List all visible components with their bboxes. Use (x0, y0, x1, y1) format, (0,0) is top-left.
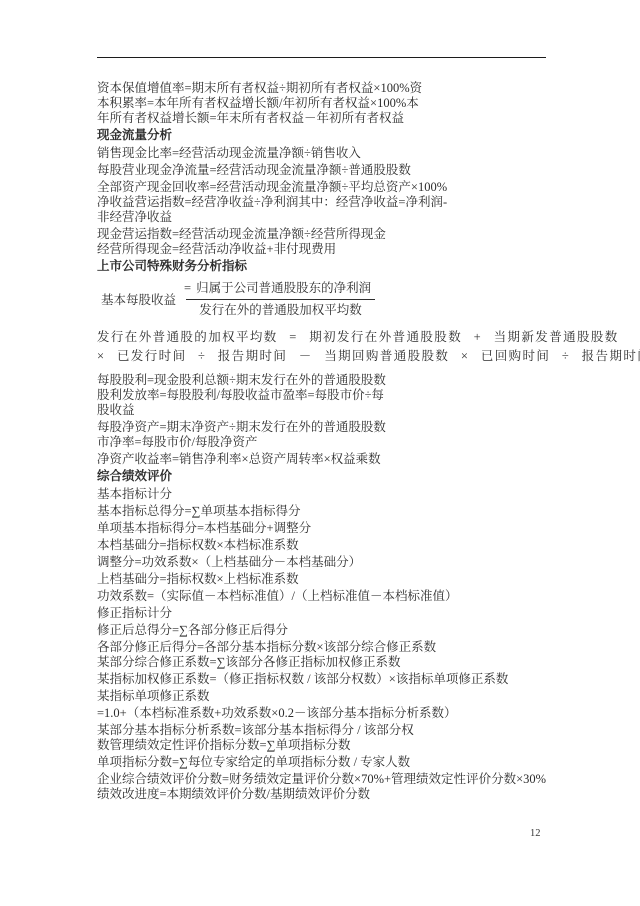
paragraph: 上档基础分=指标权数×上档标准系数 (97, 572, 549, 587)
formula-line: 每股股利=现金股利总额÷期末发行在外的普通股股数 (97, 373, 549, 388)
formula-line: 修正指标计分 (97, 606, 549, 621)
fraction-label: 基本每股收益 (101, 279, 176, 310)
paragraph: =1.0+（本档标准系数+功效系数×0.2－该部分基本指标分析系数） (97, 706, 549, 721)
formula-line: 功效系数=（实际值－本档标准值）/（上档标准值－本档标准值） (97, 589, 549, 604)
formula-line: 发行在外普通股的加权平均数 = 期初发行在外普通股股数 + 当期新发普通股股数 (97, 328, 549, 347)
formula-line: 基本指标计分 (97, 487, 549, 502)
formula-line: =1.0+（本档标准系数+功效系数×0.2－该部分基本指标分析系数） (97, 706, 549, 721)
formula-line: 某部分综合修正系数=∑该部分各修正指标加权修正系数 (97, 655, 549, 670)
formula-line: 某指标加权修正系数=（修正指标权数 / 该部分权数）×该指标单项修正系数 (97, 672, 549, 687)
paragraph: 基本指标总得分=∑单项基本指标得分 (97, 504, 549, 519)
formula-line: 单项指标分数=∑每位专家给定的单项指标分数 / 专家人数 (97, 755, 549, 770)
paragraph: 单项指标分数=∑每位专家给定的单项指标分数 / 专家人数 (97, 755, 549, 770)
formula-line: 数管理绩效定性评价指标分数=∑单项指标分数 (97, 738, 549, 753)
fraction-numerator-text: 归属于公司普通股股东的净利润 (196, 281, 371, 295)
paragraph: 功效系数=（实际值－本档标准值）/（上档标准值－本档标准值） (97, 589, 549, 604)
paragraph: 资本保值增值率=期末所有者权益÷期初所有者权益×100%资本积累率=本年所有者权… (97, 81, 549, 126)
fraction-denominator: 发行在外的普通股加权平均数 (186, 299, 375, 320)
paragraph: 净资产收益率=销售净利率×总资产周转率×权益乘数 (97, 452, 549, 467)
paragraph: 某指标单项修正系数 (97, 689, 549, 704)
formula-line: 年所有者权益增长额=年末所有者权益－年初所有者权益 (97, 111, 549, 126)
header-rule (97, 57, 546, 58)
paragraph: 单项基本指标得分=本档基础分+调整分 (97, 521, 549, 536)
paragraph: 本档基础分=指标权数×本档标准系数 (97, 538, 549, 553)
formula-line: 经营所得现金=经营活动净收益+非付现费用 (97, 242, 549, 257)
paragraph: 全部资产现金回收率=经营活动现金流量净额÷平均总资产×100%净收益营运指数=经… (97, 180, 549, 225)
formula-line: 全部资产现金回收率=经营活动现金流量净额÷平均总资产×100% (97, 180, 549, 195)
formula-line: 本积累率=本年所有者权益增长额/年初所有者权益×100%本 (97, 96, 549, 111)
formula-line: 净收益营运指数=经营净收益÷净利润其中：经营净收益=净利润- (97, 195, 549, 210)
paragraph: 修正指标计分 (97, 606, 549, 621)
formula-line: 非经营净收益 (97, 210, 549, 225)
formula-line: 修正后总得分=∑各部分修正后得分 (97, 623, 549, 638)
section-heading: 现金流量分析 (97, 128, 549, 143)
formula-line: 市净率=每股市价/每股净资产 (97, 435, 549, 450)
fraction-numerator: =归属于公司普通股股东的净利润 (184, 279, 375, 299)
paragraph: 调整分=功效系数×（上档基础分－本档基础分） (97, 555, 549, 570)
document-content: 资本保值增值率=期末所有者权益÷期初所有者权益×100%资本积累率=本年所有者权… (97, 81, 549, 804)
fraction: =归属于公司普通股股东的净利润发行在外的普通股加权平均数 (184, 279, 375, 320)
formula-line: 某指标单项修正系数 (97, 689, 549, 704)
paragraph: 基本指标计分 (97, 487, 549, 502)
formula-line: 基本指标总得分=∑单项基本指标得分 (97, 504, 549, 519)
paragraph: 每股营业现金净流量=经营活动现金流量净额÷普通股股数 (97, 163, 549, 178)
section-heading: 上市公司特殊财务分析指标 (97, 259, 549, 274)
formula-line: 销售现金比率=经营活动现金流量净额÷销售收入 (97, 146, 549, 161)
formula-line: 股收益 (97, 403, 549, 418)
formula-line: 上档基础分=指标权数×上档标准系数 (97, 572, 549, 587)
formula-line: × 已发行时间 ÷ 报告期时间 － 当期回购普通股股数 × 已回购时间 ÷ 报告… (97, 347, 549, 366)
formula-line: 现金营运指数=经营活动现金流量净额÷经营所得现金 (97, 227, 549, 242)
fraction-formula: 基本每股收益=归属于公司普通股股东的净利润发行在外的普通股加权平均数 (97, 279, 549, 320)
formula-line: 股利发放率=每股股利/每股收益市盈率=每股市价÷每 (97, 388, 549, 403)
formula-line: 单项基本指标得分=本档基础分+调整分 (97, 521, 549, 536)
formula-line: 本档基础分=指标权数×本档标准系数 (97, 538, 549, 553)
formula-line: 每股营业现金净流量=经营活动现金流量净额÷普通股股数 (97, 163, 549, 178)
paragraph: 某部分基本指标分析系数=该部分基本指标得分 / 该部分权数管理绩效定性评价指标分… (97, 723, 549, 753)
paragraph: 现金营运指数=经营活动现金流量净额÷经营所得现金经营所得现金=经营活动净收益+非… (97, 227, 549, 257)
page-number: 12 (530, 828, 541, 840)
formula-line: 某部分基本指标分析系数=该部分基本指标得分 / 该部分权 (97, 723, 549, 738)
formula-line: 每股净资产=期末净资产÷期末发行在外的普通股股数 (97, 420, 549, 435)
equals-sign: = (184, 281, 191, 295)
formula-line: 资本保值增值率=期末所有者权益÷期初所有者权益×100%资 (97, 81, 549, 96)
paragraph: 企业综合绩效评价分数=财务绩效定量评价分数×70%+管理绩效定性评价分数×30%… (97, 772, 549, 802)
paragraph: 销售现金比率=经营活动现金流量净额÷销售收入 (97, 146, 549, 161)
paragraph: 各部分修正后得分=各部分基本指标分数×该部分综合修正系数某部分综合修正系数=∑该… (97, 640, 549, 670)
paragraph: 每股股利=现金股利总额÷期末发行在外的普通股股数股利发放率=每股股利/每股收益市… (97, 373, 549, 418)
formula-line: 调整分=功效系数×（上档基础分－本档基础分） (97, 555, 549, 570)
paragraph: 修正后总得分=∑各部分修正后得分 (97, 623, 549, 638)
formula-line: 各部分修正后得分=各部分基本指标分数×该部分综合修正系数 (97, 640, 549, 655)
formula-line: 企业综合绩效评价分数=财务绩效定量评价分数×70%+管理绩效定性评价分数×30% (97, 772, 549, 787)
document-page: 资本保值增值率=期末所有者权益÷期初所有者权益×100%资本积累率=本年所有者权… (0, 0, 640, 906)
paragraph: 每股净资产=期末净资产÷期末发行在外的普通股股数市净率=每股市价/每股净资产 (97, 420, 549, 450)
formula-line: 绩效改进度=本期绩效评价分数/基期绩效评价分数 (97, 787, 549, 802)
paragraph: 发行在外普通股的加权平均数 = 期初发行在外普通股股数 + 当期新发普通股股数×… (97, 328, 549, 366)
paragraph: 某指标加权修正系数=（修正指标权数 / 该部分权数）×该指标单项修正系数 (97, 672, 549, 687)
section-heading: 综合绩效评价 (97, 469, 549, 484)
formula-line: 净资产收益率=销售净利率×总资产周转率×权益乘数 (97, 452, 549, 467)
